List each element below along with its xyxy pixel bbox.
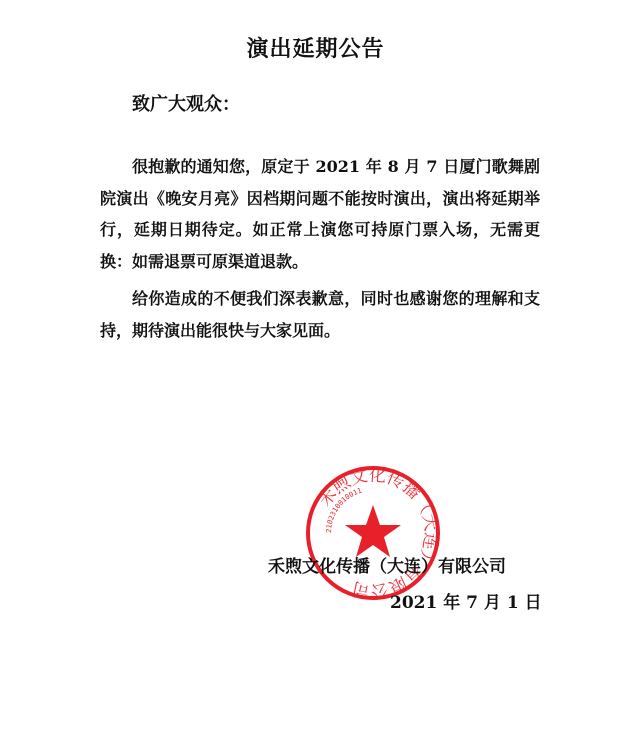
star-icon [345, 505, 401, 557]
salutation: 致广大观众： [132, 90, 240, 116]
paragraph-2: 给你造成的不便我们深表歉意，同时也感谢您的理解和支持，期待演出能很快与大家见面。 [100, 283, 540, 346]
announcement-title: 演出延期公告 [0, 32, 631, 63]
paragraph-1: 很抱歉的通知您，原定于 2021 年 8 月 7 日厦门歌舞剧院演出《晚安月亮》… [100, 151, 540, 277]
signature-company: 禾煦文化传播（大连）有限公司 [268, 552, 506, 577]
company-seal: 禾煦文化传播（大连）有限公司 2102310010011 [303, 463, 443, 603]
signature-date: 2021 年 7 月 1 日 [390, 588, 542, 613]
